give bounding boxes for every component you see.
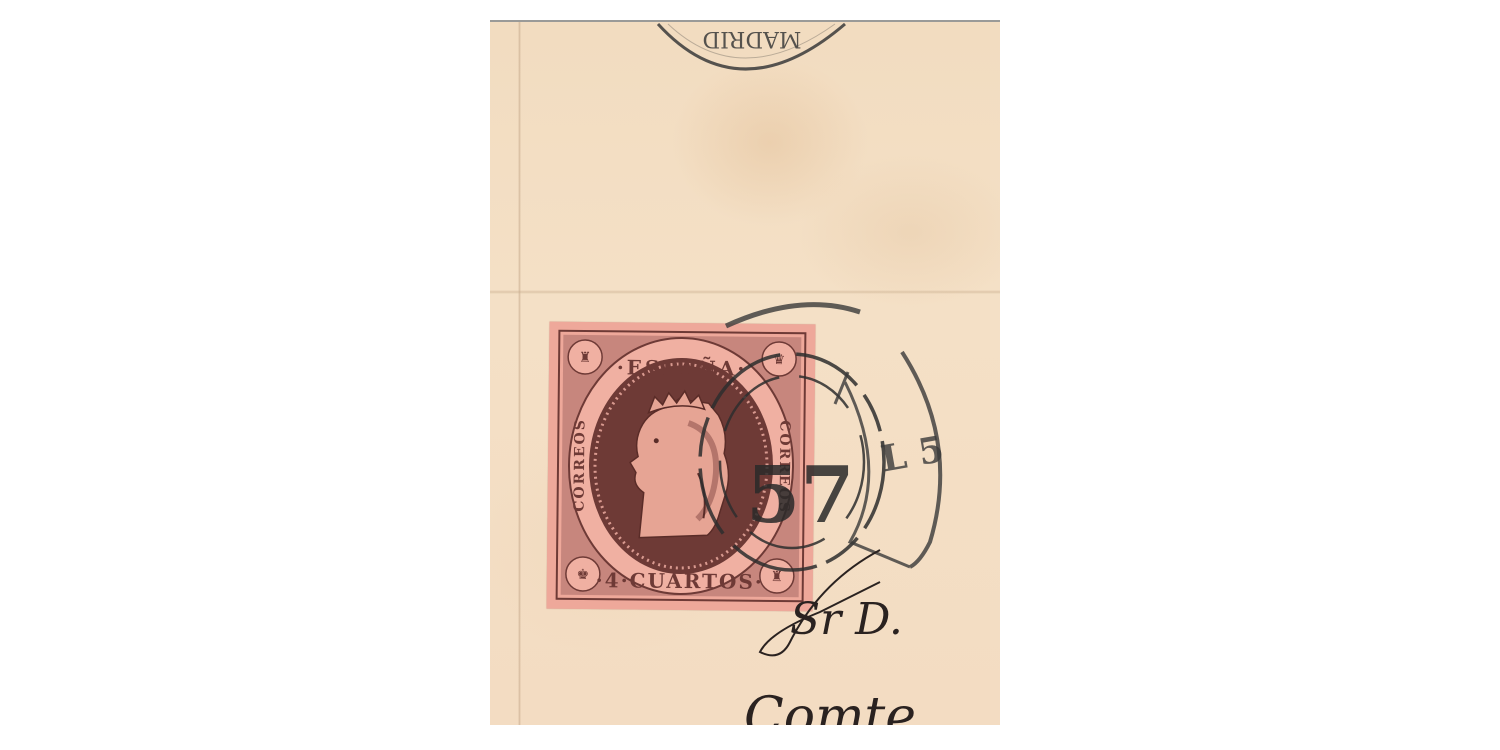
svg-text:♜: ♜ xyxy=(770,569,783,585)
letter-cover: MADRID ♜ ♛ ♚ ♜ xyxy=(490,20,1000,725)
stamp-right-label: CORREOS xyxy=(776,420,793,514)
top-postmark-text: MADRID xyxy=(703,26,802,51)
svg-text:♛: ♛ xyxy=(773,352,786,368)
svg-text:♚: ♚ xyxy=(576,567,589,583)
postage-stamp: ♜ ♛ ♚ ♜ ·ESPAÑA· ·4·CUARTOS· CORREOS COR… xyxy=(547,322,816,612)
stamp-bottom-label: ·4·CUARTOS· xyxy=(596,568,764,594)
svg-text:♜: ♜ xyxy=(579,350,592,366)
stamp-design: ♜ ♛ ♚ ♜ ·ESPAÑA· ·4·CUARTOS· CORREOS COR… xyxy=(547,322,816,612)
stamp-top-label: ·ESPAÑA· xyxy=(617,355,748,380)
stamp-left-label: CORREOS xyxy=(572,418,589,512)
